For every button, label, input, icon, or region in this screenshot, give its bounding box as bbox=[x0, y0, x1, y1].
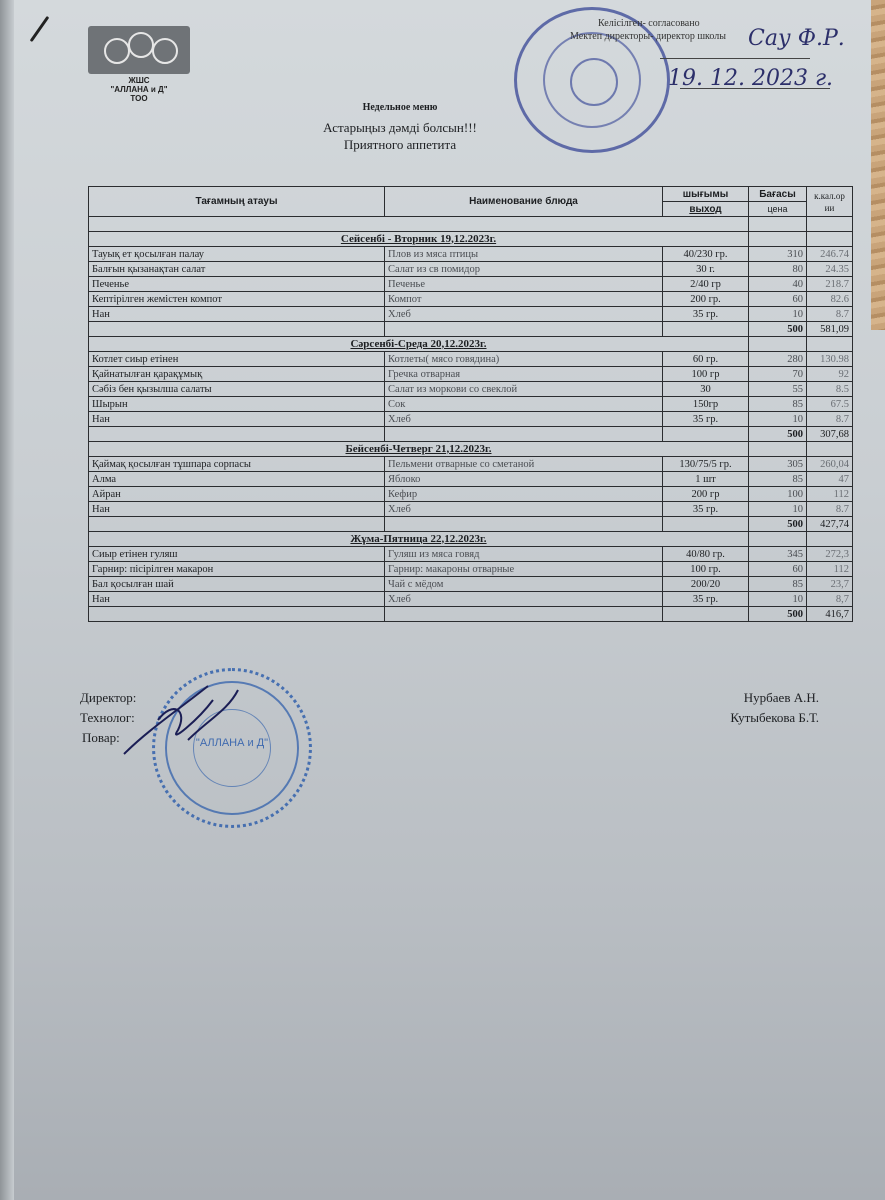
table-row: Қайнатылған қарақұмықГречка отварная100 … bbox=[89, 367, 853, 382]
dish-name-ru: Хлеб bbox=[385, 592, 663, 607]
dish-price: 60 bbox=[749, 562, 807, 577]
day-header-row: Жұма-Пятница 22,12.2023г. bbox=[89, 532, 853, 547]
dish-yield: 30 г. bbox=[663, 262, 749, 277]
total-row: 500581,09 bbox=[89, 322, 853, 337]
menu-body: Сейсенбі - Вторник 19,12.2023г.Тауық ет … bbox=[89, 217, 853, 622]
dish-price: 345 bbox=[749, 547, 807, 562]
dish-yield: 60 гр. bbox=[663, 352, 749, 367]
table-surface-edge bbox=[871, 0, 885, 330]
table-row: Сәбіз бен қызылша салатыСалат из моркови… bbox=[89, 382, 853, 397]
dish-name-kz: Кептірілген жемістен компот bbox=[89, 292, 385, 307]
dish-kcal: 112 bbox=[807, 562, 853, 577]
empty-cell bbox=[749, 442, 807, 457]
dish-name-ru: Хлеб bbox=[385, 412, 663, 427]
dish-name-ru: Хлеб bbox=[385, 502, 663, 517]
total-price: 500 bbox=[749, 607, 807, 622]
logo-caption: ЖШС "АЛЛАНА и Д" ТОО bbox=[78, 76, 200, 103]
day-title: Сәрсенбі-Среда 20,12.2023г. bbox=[89, 337, 749, 352]
day-title: Сейсенбі - Вторник 19,12.2023г. bbox=[89, 232, 749, 247]
total-kcal: 416,7 bbox=[807, 607, 853, 622]
signature-names: Нурбаев А.Н. Кутыбекова Б.Т. bbox=[730, 688, 819, 728]
approval-line-2: Мектеп директоры- директор школы bbox=[570, 30, 726, 43]
empty-cell bbox=[89, 607, 385, 622]
dish-kcal: 23,7 bbox=[807, 577, 853, 592]
empty-cell bbox=[807, 442, 853, 457]
table-row: Сиыр етінен гуляшГуляш из мяса говяд40/8… bbox=[89, 547, 853, 562]
greeting-ru: Приятного аппетита bbox=[280, 136, 520, 153]
dish-price: 10 bbox=[749, 592, 807, 607]
dish-price: 10 bbox=[749, 502, 807, 517]
approval-block: Келісілген- согласовано Мектеп директоры… bbox=[598, 17, 726, 43]
dish-name-kz: Печенье bbox=[89, 277, 385, 292]
dish-price: 280 bbox=[749, 352, 807, 367]
empty-cell bbox=[807, 532, 853, 547]
dish-yield: 150гр bbox=[663, 397, 749, 412]
total-price: 500 bbox=[749, 427, 807, 442]
dish-yield: 1 шт bbox=[663, 472, 749, 487]
dish-kcal: 8.7 bbox=[807, 307, 853, 322]
empty-cell bbox=[385, 517, 663, 532]
dish-kcal: 246.74 bbox=[807, 247, 853, 262]
total-kcal: 307,68 bbox=[807, 427, 853, 442]
header-price-kz: Бағасы bbox=[749, 187, 807, 202]
dish-kcal: 8.7 bbox=[807, 412, 853, 427]
table-row: НанХлеб35 гр.108,7 bbox=[89, 592, 853, 607]
signature-roles: Директор: Технолог: Повар: bbox=[80, 688, 136, 748]
dish-name-kz: Нан bbox=[89, 502, 385, 517]
dish-name-ru: Салат из св помидор bbox=[385, 262, 663, 277]
header-price-ru: цена bbox=[749, 202, 807, 217]
page-title: Недельное меню bbox=[280, 102, 520, 113]
header-yield-kz: шығымы bbox=[663, 187, 749, 202]
dish-yield: 30 bbox=[663, 382, 749, 397]
dish-name-ru: Чай с мёдом bbox=[385, 577, 663, 592]
dish-kcal: 47 bbox=[807, 472, 853, 487]
logo-caption-line: "АЛЛАНА и Д" bbox=[78, 85, 200, 94]
dish-name-kz: Қайнатылған қарақұмық bbox=[89, 367, 385, 382]
table-row: Тауық ет қосылған палауПлов из мяса птиц… bbox=[89, 247, 853, 262]
empty-cell bbox=[89, 517, 385, 532]
approval-date: 19. 12. 2023 г. bbox=[668, 66, 833, 91]
total-row: 500416,7 bbox=[89, 607, 853, 622]
dish-price: 85 bbox=[749, 577, 807, 592]
dish-name-kz: Шырын bbox=[89, 397, 385, 412]
dish-yield: 200 гр bbox=[663, 487, 749, 502]
table-row: Қаймақ қосылған тұшпара сорпасыПельмени … bbox=[89, 457, 853, 472]
spacer-cell bbox=[807, 217, 853, 232]
header-name-ru: Наименование блюда bbox=[385, 187, 663, 217]
dish-yield: 35 гр. bbox=[663, 307, 749, 322]
dish-kcal: 8,7 bbox=[807, 592, 853, 607]
dish-yield: 100 гр bbox=[663, 367, 749, 382]
total-kcal: 581,09 bbox=[807, 322, 853, 337]
dish-name-kz: Балғын қызанақтан салат bbox=[89, 262, 385, 277]
name-technologist: Кутыбекова Б.Т. bbox=[730, 708, 819, 728]
dish-name-kz: Тауық ет қосылған палау bbox=[89, 247, 385, 262]
empty-cell bbox=[663, 322, 749, 337]
empty-cell bbox=[749, 232, 807, 247]
dish-name-ru: Гречка отварная bbox=[385, 367, 663, 382]
empty-cell bbox=[89, 322, 385, 337]
dish-price: 10 bbox=[749, 412, 807, 427]
dish-name-ru: Гуляш из мяса говяд bbox=[385, 547, 663, 562]
dish-kcal: 112 bbox=[807, 487, 853, 502]
dish-price: 85 bbox=[749, 472, 807, 487]
dish-name-ru: Яблоко bbox=[385, 472, 663, 487]
day-title: Жұма-Пятница 22,12.2023г. bbox=[89, 532, 749, 547]
dish-price: 305 bbox=[749, 457, 807, 472]
dish-yield: 2/40 гр bbox=[663, 277, 749, 292]
table-row: АлмаЯблоко1 шт8547 bbox=[89, 472, 853, 487]
dish-name-ru: Салат из моркови со свеклой bbox=[385, 382, 663, 397]
dish-name-kz: Алма bbox=[89, 472, 385, 487]
logo-caption-line: ЖШС bbox=[78, 76, 200, 85]
dish-price: 80 bbox=[749, 262, 807, 277]
dish-price: 55 bbox=[749, 382, 807, 397]
dish-name-kz: Сиыр етінен гуляш bbox=[89, 547, 385, 562]
dish-name-kz: Гарнир: пісірілген макарон bbox=[89, 562, 385, 577]
table-row: ШырынСок150гр8567.5 bbox=[89, 397, 853, 412]
dish-yield: 100 гр. bbox=[663, 562, 749, 577]
total-row: 500427,74 bbox=[89, 517, 853, 532]
dish-kcal: 92 bbox=[807, 367, 853, 382]
dish-kcal: 130.98 bbox=[807, 352, 853, 367]
empty-cell bbox=[807, 337, 853, 352]
empty-cell bbox=[385, 322, 663, 337]
dish-yield: 35 гр. bbox=[663, 592, 749, 607]
empty-cell bbox=[749, 337, 807, 352]
table-row: НанХлеб35 гр.108.7 bbox=[89, 307, 853, 322]
header-name-kz: Тағамның атауы bbox=[89, 187, 385, 217]
dish-yield: 40/230 гр. bbox=[663, 247, 749, 262]
empty-cell bbox=[663, 517, 749, 532]
pen-mark bbox=[30, 16, 50, 42]
table-row: Гарнир: пісірілген макаронГарнир: макаро… bbox=[89, 562, 853, 577]
table-row: ПеченьеПеченье2/40 гр40218.7 bbox=[89, 277, 853, 292]
dish-yield: 35 гр. bbox=[663, 502, 749, 517]
total-price: 500 bbox=[749, 322, 807, 337]
dish-price: 100 bbox=[749, 487, 807, 502]
table-row: АйранКефир200 гр100112 bbox=[89, 487, 853, 502]
role-cook: Повар: bbox=[82, 728, 136, 748]
emblem-icon bbox=[570, 58, 618, 106]
empty-cell bbox=[807, 232, 853, 247]
dish-yield: 130/75/5 гр. bbox=[663, 457, 749, 472]
dish-yield: 35 гр. bbox=[663, 412, 749, 427]
dish-price: 40 bbox=[749, 277, 807, 292]
dish-kcal: 8.5 bbox=[807, 382, 853, 397]
day-header-row: Бейсенбі-Четверг 21,12.2023г. bbox=[89, 442, 853, 457]
dish-name-kz: Нан bbox=[89, 307, 385, 322]
company-logo bbox=[88, 26, 190, 74]
dish-name-kz: Қаймақ қосылған тұшпара сорпасы bbox=[89, 457, 385, 472]
name-director: Нурбаев А.Н. bbox=[730, 688, 819, 708]
dish-name-ru: Гарнир: макароны отварные bbox=[385, 562, 663, 577]
dish-price: 310 bbox=[749, 247, 807, 262]
table-row: Балғын қызанақтан салатСалат из св помид… bbox=[89, 262, 853, 277]
dish-name-kz: Нан bbox=[89, 412, 385, 427]
day-header-row: Сәрсенбі-Среда 20,12.2023г. bbox=[89, 337, 853, 352]
day-title: Бейсенбі-Четверг 21,12.2023г. bbox=[89, 442, 749, 457]
empty-cell bbox=[663, 607, 749, 622]
dish-yield: 200/20 bbox=[663, 577, 749, 592]
dish-name-ru: Печенье bbox=[385, 277, 663, 292]
dish-price: 10 bbox=[749, 307, 807, 322]
spacer-row bbox=[89, 217, 853, 232]
dish-kcal: 67.5 bbox=[807, 397, 853, 412]
dish-price: 70 bbox=[749, 367, 807, 382]
page-edge bbox=[0, 0, 14, 1200]
dish-price: 60 bbox=[749, 292, 807, 307]
table-row: Котлет сиыр етіненКотлеты( мясо говядина… bbox=[89, 352, 853, 367]
spacer-cell bbox=[89, 217, 749, 232]
total-row: 500307,68 bbox=[89, 427, 853, 442]
logo-caption-line: ТОО bbox=[78, 94, 200, 103]
signature-scrawl bbox=[118, 680, 248, 760]
table-row: Кептірілген жемістен компотКомпот200 гр.… bbox=[89, 292, 853, 307]
empty-cell bbox=[385, 607, 663, 622]
role-director: Директор: bbox=[80, 688, 136, 708]
empty-cell bbox=[89, 427, 385, 442]
dish-name-ru: Сок bbox=[385, 397, 663, 412]
dish-kcal: 82.6 bbox=[807, 292, 853, 307]
dish-yield: 40/80 гр. bbox=[663, 547, 749, 562]
header-yield-ru: выход bbox=[663, 202, 749, 217]
total-kcal: 427,74 bbox=[807, 517, 853, 532]
dish-kcal: 272,3 bbox=[807, 547, 853, 562]
dish-name-kz: Айран bbox=[89, 487, 385, 502]
spacer-cell bbox=[749, 217, 807, 232]
header-kcal: к.кал.ор ии bbox=[807, 187, 853, 217]
dish-kcal: 8.7 bbox=[807, 502, 853, 517]
empty-cell bbox=[385, 427, 663, 442]
title-block: Недельное меню Астарыңыз дәмді болсын!!!… bbox=[280, 102, 520, 153]
day-header-row: Сейсенбі - Вторник 19,12.2023г. bbox=[89, 232, 853, 247]
dish-name-kz: Нан bbox=[89, 592, 385, 607]
dish-name-kz: Бал қосылған шай bbox=[89, 577, 385, 592]
approval-line-1: Келісілген- согласовано bbox=[598, 17, 726, 30]
table-row: Бал қосылған шайЧай с мёдом200/208523,7 bbox=[89, 577, 853, 592]
dish-kcal: 260,04 bbox=[807, 457, 853, 472]
dish-yield: 200 гр. bbox=[663, 292, 749, 307]
dish-name-ru: Хлеб bbox=[385, 307, 663, 322]
dish-name-kz: Сәбіз бен қызылша салаты bbox=[89, 382, 385, 397]
dish-kcal: 218.7 bbox=[807, 277, 853, 292]
dish-price: 85 bbox=[749, 397, 807, 412]
table-row: НанХлеб35 гр.108.7 bbox=[89, 412, 853, 427]
dish-name-ru: Пельмени отварные со сметаной bbox=[385, 457, 663, 472]
dish-name-ru: Компот bbox=[385, 292, 663, 307]
dish-name-kz: Котлет сиыр етінен bbox=[89, 352, 385, 367]
greeting-kz: Астарыңыз дәмді болсын!!! bbox=[280, 119, 520, 136]
approval-signature: Сау Ф.Р. bbox=[748, 26, 845, 51]
dish-name-ru: Кефир bbox=[385, 487, 663, 502]
empty-cell bbox=[663, 427, 749, 442]
dish-name-ru: Котлеты( мясо говядина) bbox=[385, 352, 663, 367]
dish-name-ru: Плов из мяса птицы bbox=[385, 247, 663, 262]
dish-kcal: 24.35 bbox=[807, 262, 853, 277]
table-row: НанХлеб35 гр.108.7 bbox=[89, 502, 853, 517]
signature-line bbox=[660, 58, 810, 59]
role-technologist: Технолог: bbox=[80, 708, 136, 728]
total-price: 500 bbox=[749, 517, 807, 532]
weekly-menu-table: Тағамның атауы Наименование блюда шығымы… bbox=[88, 186, 853, 622]
empty-cell bbox=[749, 532, 807, 547]
